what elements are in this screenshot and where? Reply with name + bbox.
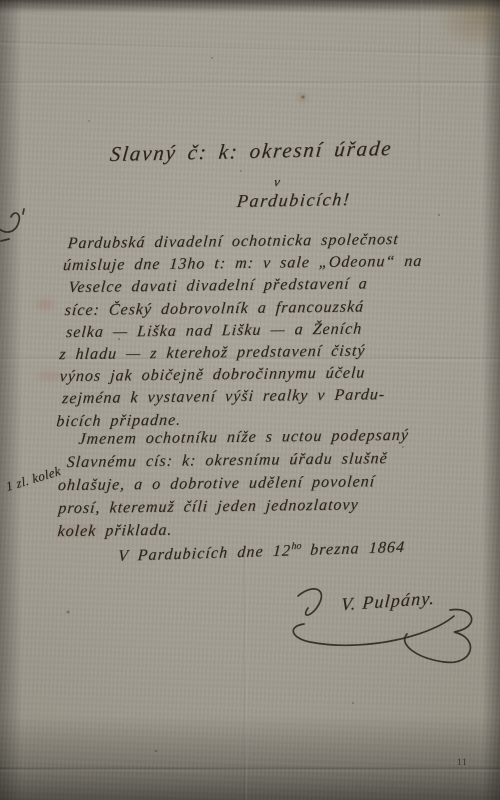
paragraph-1: Pardubská divadelní ochotnicka společnos…: [50, 229, 424, 433]
fold-crease-horizontal: [0, 80, 500, 86]
heading-line-3: Pardubicích!: [236, 189, 352, 212]
stamp-duty-note: 1 zl. kolek: [4, 463, 62, 495]
ink-squiggle-icon: [0, 200, 31, 246]
dateline-prefix: V Pardubicích dne 12: [117, 542, 291, 564]
heading-line-1: Slavný č: k: okresní úřade: [109, 136, 394, 167]
document-photo: Slavný č: k: okresní úřade v Pardubicích…: [0, 0, 500, 800]
fold-crease-vertical: [418, 0, 423, 170]
fold-crease-diagonal: [0, 39, 500, 58]
fold-crease-horizontal: [0, 766, 500, 772]
signature-flourish-icon: [268, 582, 480, 682]
fold-crease-vertical: [243, 545, 248, 800]
paper-stain: [36, 300, 54, 309]
page-number: 11: [457, 757, 468, 767]
paper-specks: [0, 0, 2, 2]
manuscript-line: zejména k vystavení výši realky v Pardu-: [61, 384, 413, 411]
manuscript-line: prosí, kteremuž číli jeden jednozlatovy: [57, 493, 404, 520]
paper-stain: [299, 94, 306, 101]
dateline-suffix: brezna 1864: [300, 539, 405, 559]
heading-line-2: v: [273, 174, 281, 190]
paragraph-2: Jmenem ochotníku níže s uctou podepsaný …: [54, 424, 410, 543]
